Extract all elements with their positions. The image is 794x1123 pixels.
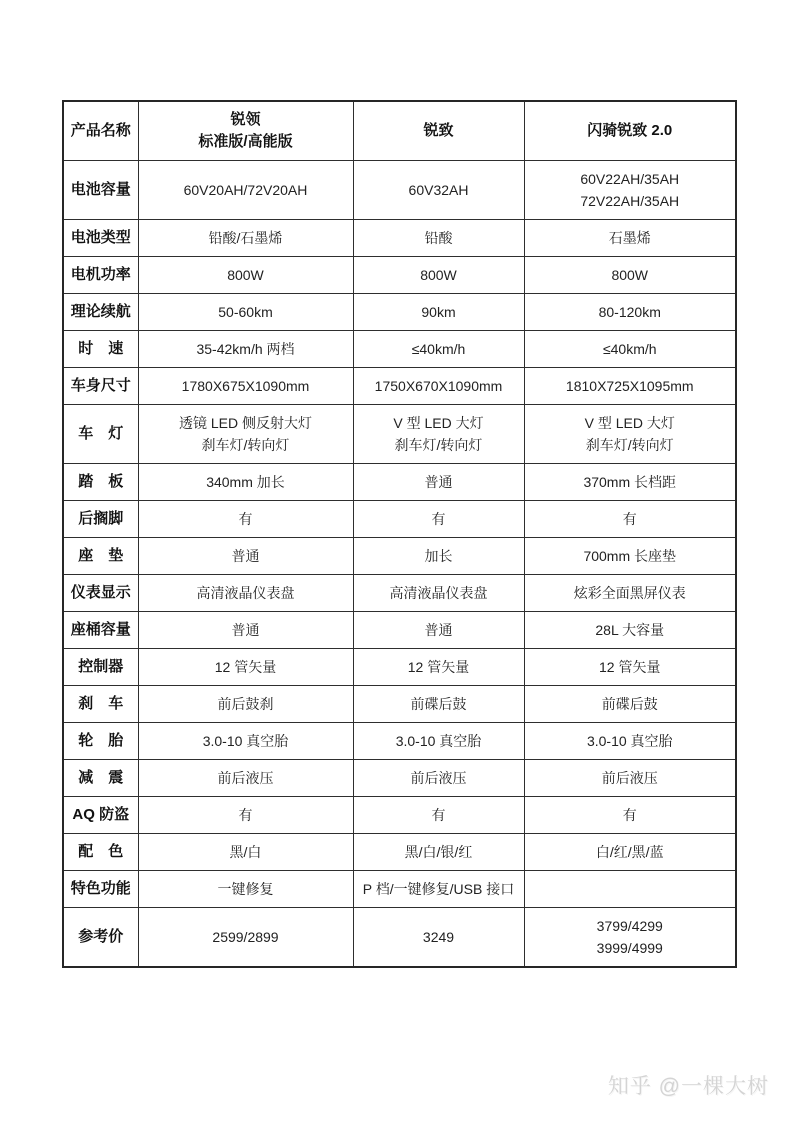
spec-table: 产品名称锐领标准版/高能版锐致闪骑锐致 2.0 电池容量60V20AH/72V2… [62,100,737,968]
spec-row: 时 速35-42km/h 两档≤40km/h≤40km/h [63,331,736,368]
spec-cell-line: 石墨烯 [529,227,732,249]
watermark: 知乎 @一棵大树 [608,1072,769,1102]
spec-cell-line: P 档/一键修复/USB 接口 [358,878,520,900]
spec-cell: 黑/白 [138,834,353,871]
spec-cell: 前后液压 [138,760,353,797]
product-name: 闪骑锐致 2.0 [524,101,736,161]
spec-cell: 2599/2899 [138,908,353,968]
spec-cell: 1810X725X1095mm [524,368,736,405]
spec-cell-line: 3799/4299 [529,915,732,937]
spec-cell-line: V 型 LED 大灯 [358,412,520,434]
spec-cell: 3.0-10 真空胎 [138,723,353,760]
spec-cell-line: 有 [358,508,520,530]
row-label: 后搁脚 [63,501,138,538]
spec-cell: 3249 [353,908,524,968]
header-row: 产品名称锐领标准版/高能版锐致闪骑锐致 2.0 [63,101,736,161]
row-label: 座桶容量 [63,612,138,649]
spec-cell-line: 72V22AH/35AH [529,190,732,212]
spec-row: 刹 车前后鼓刹前碟后鼓前碟后鼓 [63,686,736,723]
spec-cell: 前后液压 [353,760,524,797]
spec-cell-line: 1810X725X1095mm [529,375,732,397]
row-label: 特色功能 [63,871,138,908]
spec-row: 踏 板340mm 加长普通370mm 长档距 [63,464,736,501]
spec-cell-line: 普通 [358,471,520,493]
spec-cell-line: 刹车灯/转向灯 [143,434,349,456]
spec-cell-line: 28L 大容量 [529,619,732,641]
spec-cell-line: ≤40km/h [529,338,732,360]
spec-cell: 铅酸 [353,220,524,257]
spec-cell-line: 90km [358,301,520,323]
spec-cell-line: ≤40km/h [358,338,520,360]
row-label: 控制器 [63,649,138,686]
spec-row: 座 垫普通加长700mm 长座垫 [63,538,736,575]
spec-cell-line: 一键修复 [143,878,349,900]
spec-cell: ≤40km/h [524,331,736,368]
spec-cell: 普通 [353,612,524,649]
row-label: 参考价 [63,908,138,968]
spec-cell-line: 铅酸/石墨烯 [143,227,349,249]
spec-cell: 有 [353,501,524,538]
row-label: 减 震 [63,760,138,797]
spec-row: 理论续航50-60km90km80-120km [63,294,736,331]
spec-cell: ≤40km/h [353,331,524,368]
spec-cell-line: 刹车灯/转向灯 [529,434,732,456]
spec-cell: 加长 [353,538,524,575]
spec-cell-line: 60V32AH [358,179,520,201]
spec-cell: 28L 大容量 [524,612,736,649]
spec-cell: 有 [524,501,736,538]
product-name: 锐领标准版/高能版 [138,101,353,161]
product-name-line: 闪骑锐致 2.0 [529,120,732,142]
spec-row: 参考价2599/289932493799/42993999/4999 [63,908,736,968]
spec-cell-line: V 型 LED 大灯 [529,412,732,434]
spec-cell-line: 800W [143,264,349,286]
spec-cell: 高清液晶仪表盘 [353,575,524,612]
spec-cell: 60V20AH/72V20AH [138,161,353,220]
spec-cell: V 型 LED 大灯刹车灯/转向灯 [353,405,524,464]
spec-cell-line: 炫彩全面黑屏仪表 [529,582,732,604]
spec-cell-line: 3999/4999 [529,937,732,959]
row-label: 仪表显示 [63,575,138,612]
product-name-line: 锐致 [358,120,520,142]
spec-cell: 800W [353,257,524,294]
row-label: 刹 车 [63,686,138,723]
spec-cell-line: 12 管矢量 [143,656,349,678]
table-body: 电池容量60V20AH/72V20AH60V32AH60V22AH/35AH72… [63,161,736,968]
spec-cell-line: 3.0-10 真空胎 [358,730,520,752]
spec-cell-line: 1780X675X1090mm [143,375,349,397]
spec-cell: 1750X670X1090mm [353,368,524,405]
spec-cell: 黑/白/银/红 [353,834,524,871]
spec-cell: 60V22AH/35AH72V22AH/35AH [524,161,736,220]
spec-cell-line: 普通 [358,619,520,641]
spec-cell: 90km [353,294,524,331]
row-label: 电池类型 [63,220,138,257]
spec-cell: 12 管矢量 [138,649,353,686]
spec-cell: 前碟后鼓 [353,686,524,723]
row-label: 配 色 [63,834,138,871]
spec-row: 特色功能一键修复P 档/一键修复/USB 接口 [63,871,736,908]
header-column-label: 产品名称 [63,101,138,161]
spec-cell: 白/红/黑/蓝 [524,834,736,871]
spec-cell-line: 铅酸 [358,227,520,249]
spec-cell: 3799/42993999/4999 [524,908,736,968]
spec-row: 电机功率800W800W800W [63,257,736,294]
spec-cell-line: 12 管矢量 [358,656,520,678]
spec-cell-line: 黑/白/银/红 [358,841,520,863]
spec-cell: 50-60km [138,294,353,331]
spec-row: 减 震前后液压前后液压前后液压 [63,760,736,797]
spec-cell-line: 加长 [358,545,520,567]
spec-cell-line: 800W [358,264,520,286]
spec-cell: 一键修复 [138,871,353,908]
spec-cell: 800W [524,257,736,294]
row-label: 理论续航 [63,294,138,331]
spec-cell-line: 有 [358,804,520,826]
spec-cell-line: 35-42km/h 两档 [143,338,349,360]
spec-cell: V 型 LED 大灯刹车灯/转向灯 [524,405,736,464]
spec-cell: P 档/一键修复/USB 接口 [353,871,524,908]
spec-cell-line: 有 [529,508,732,530]
spec-cell-line: 普通 [143,619,349,641]
product-name-line: 锐领 [143,109,349,131]
spec-cell: 80-120km [524,294,736,331]
watermark-text: 知乎 @一棵大树 [608,1075,769,1098]
spec-row: 电池容量60V20AH/72V20AH60V32AH60V22AH/35AH72… [63,161,736,220]
spec-cell-line: 前后液压 [358,767,520,789]
spec-cell: 1780X675X1090mm [138,368,353,405]
row-label: AQ 防盗 [63,797,138,834]
spec-row: 座桶容量普通普通28L 大容量 [63,612,736,649]
spec-cell-line: 800W [529,264,732,286]
spec-cell-line: 前碟后鼓 [358,693,520,715]
spec-cell-line: 12 管矢量 [529,656,732,678]
spec-row: 配 色黑/白黑/白/银/红白/红/黑/蓝 [63,834,736,871]
spec-cell-line: 700mm 长座垫 [529,545,732,567]
spec-row: 电池类型铅酸/石墨烯铅酸石墨烯 [63,220,736,257]
spec-cell-line: 有 [529,804,732,826]
spec-cell: 340mm 加长 [138,464,353,501]
spec-cell: 普通 [353,464,524,501]
spec-cell-line: 2599/2899 [143,926,349,948]
spec-cell-line: 白/红/黑/蓝 [529,841,732,863]
spec-cell: 铅酸/石墨烯 [138,220,353,257]
spec-row: 后搁脚有有有 [63,501,736,538]
spec-cell: 有 [138,501,353,538]
spec-cell: 370mm 长档距 [524,464,736,501]
spec-cell-line: 前后液压 [143,767,349,789]
spec-row: 轮 胎3.0-10 真空胎3.0-10 真空胎3.0-10 真空胎 [63,723,736,760]
table-header: 产品名称锐领标准版/高能版锐致闪骑锐致 2.0 [63,101,736,161]
spec-cell [524,871,736,908]
spec-cell: 12 管矢量 [353,649,524,686]
row-label: 时 速 [63,331,138,368]
spec-cell: 700mm 长座垫 [524,538,736,575]
spec-cell-line: 前后液压 [529,767,732,789]
product-name-line: 标准版/高能版 [143,131,349,153]
spec-cell-line: 有 [143,804,349,826]
spec-cell-line: 前碟后鼓 [529,693,732,715]
spec-cell-line: 透镜 LED 侧反射大灯 [143,412,349,434]
spec-cell-line: 340mm 加长 [143,471,349,493]
spec-cell: 前后鼓刹 [138,686,353,723]
spec-cell: 炫彩全面黑屏仪表 [524,575,736,612]
row-label: 座 垫 [63,538,138,575]
spec-cell: 普通 [138,612,353,649]
spec-cell-line: 刹车灯/转向灯 [358,434,520,456]
spec-cell: 高清液晶仪表盘 [138,575,353,612]
spec-cell-line: 60V20AH/72V20AH [143,179,349,201]
spec-cell-line: 普通 [143,545,349,567]
spec-cell-line: 前后鼓刹 [143,693,349,715]
product-name: 锐致 [353,101,524,161]
spec-cell: 3.0-10 真空胎 [524,723,736,760]
spec-cell-line: 3.0-10 真空胎 [143,730,349,752]
spec-row: 车 灯透镜 LED 侧反射大灯刹车灯/转向灯V 型 LED 大灯刹车灯/转向灯V… [63,405,736,464]
spec-row: 仪表显示高清液晶仪表盘高清液晶仪表盘炫彩全面黑屏仪表 [63,575,736,612]
spec-cell-line: 60V22AH/35AH [529,168,732,190]
spec-row: 车身尺寸1780X675X1090mm1750X670X1090mm1810X7… [63,368,736,405]
spec-cell-line: 80-120km [529,301,732,323]
spec-cell-line: 黑/白 [143,841,349,863]
spec-cell-line: 有 [143,508,349,530]
row-label: 车 灯 [63,405,138,464]
spec-cell: 前后液压 [524,760,736,797]
spec-cell-line: 高清液晶仪表盘 [358,582,520,604]
row-label: 轮 胎 [63,723,138,760]
spec-cell-line: 高清液晶仪表盘 [143,582,349,604]
spec-cell: 有 [353,797,524,834]
spec-cell: 800W [138,257,353,294]
spec-cell: 35-42km/h 两档 [138,331,353,368]
spec-cell-line: 3.0-10 真空胎 [529,730,732,752]
spec-cell: 12 管矢量 [524,649,736,686]
row-label: 电机功率 [63,257,138,294]
spec-cell: 石墨烯 [524,220,736,257]
spec-row: AQ 防盗有有有 [63,797,736,834]
spec-cell: 有 [138,797,353,834]
spec-cell-line: 3249 [358,926,520,948]
spec-cell-line: 1750X670X1090mm [358,375,520,397]
row-label: 电池容量 [63,161,138,220]
spec-cell-line: 50-60km [143,301,349,323]
spec-cell-line: 370mm 长档距 [529,471,732,493]
row-label: 踏 板 [63,464,138,501]
row-label: 车身尺寸 [63,368,138,405]
spec-row: 控制器12 管矢量12 管矢量12 管矢量 [63,649,736,686]
spec-cell: 3.0-10 真空胎 [353,723,524,760]
spec-cell: 前碟后鼓 [524,686,736,723]
spec-cell: 普通 [138,538,353,575]
spec-cell: 透镜 LED 侧反射大灯刹车灯/转向灯 [138,405,353,464]
spec-cell: 60V32AH [353,161,524,220]
spec-cell: 有 [524,797,736,834]
